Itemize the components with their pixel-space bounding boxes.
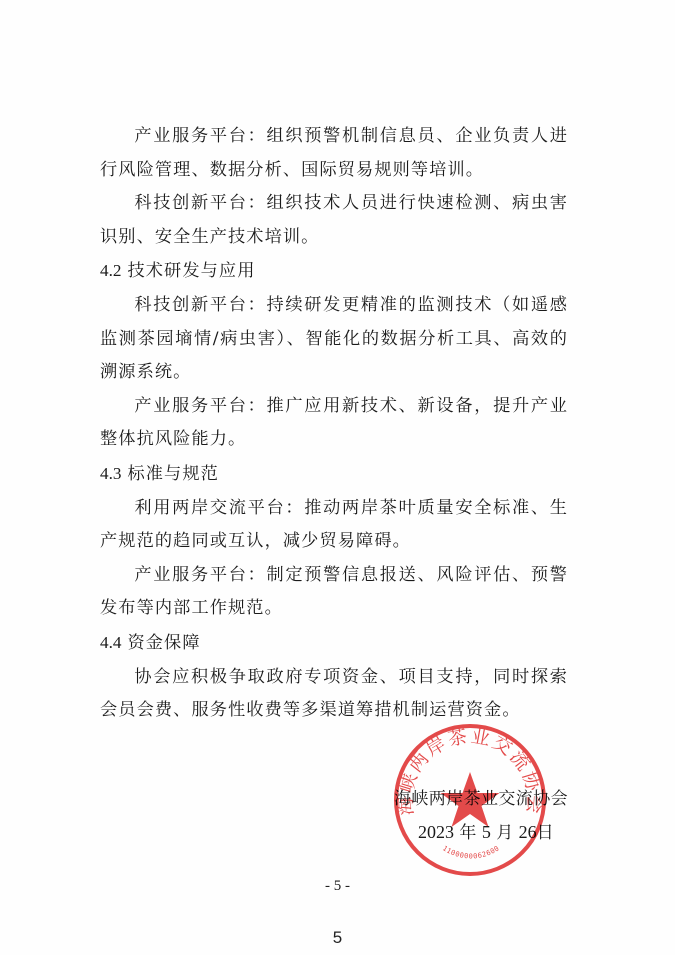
paragraph-industry-promotion: 产业服务平台：推广应用新技术、新设备，提升产业整体抗风险能力。 — [100, 390, 568, 457]
seal-serial-number: 1100000062600 — [441, 844, 501, 860]
section-heading-4-2: 4.2技术研发与应用 — [100, 254, 568, 289]
document-body: 产业服务平台：组织预警机制信息员、企业负责人进行风险管理、数据分析、国际贸易规则… — [100, 120, 568, 728]
section-title: 标准与规范 — [127, 464, 218, 484]
section-number: 4.4 — [100, 633, 121, 652]
paragraph-internal-norms: 产业服务平台：制定预警信息报送、风险评估、预警发布等内部工作规范。 — [100, 559, 568, 626]
document-page: 产业服务平台：组织预警机制信息员、企业负责人进行风险管理、数据分析、国际贸易规则… — [0, 0, 675, 955]
section-title: 资金保障 — [127, 633, 200, 653]
paragraph-funding: 协会应积极争取政府专项资金、项目支持，同时探索会员会费、服务性收费等多渠道筹措机… — [100, 661, 568, 728]
paragraph-tech-research: 科技创新平台：持续研发更精准的监测技术（如遥感监测茶园墒情/病虫害）、智能化的数… — [100, 289, 568, 390]
section-title: 技术研发与应用 — [127, 261, 255, 281]
section-heading-4-4: 4.4资金保障 — [100, 626, 568, 661]
section-number: 4.2 — [100, 261, 121, 280]
page-number-footer: - 5 - — [0, 878, 675, 895]
page-index: 5 — [0, 928, 675, 948]
paragraph-cross-strait-standards: 利用两岸交流平台：推动两岸茶叶质量安全标准、生产规范的趋同或互认，减少贸易障碍。 — [100, 492, 568, 559]
section-number: 4.3 — [100, 464, 121, 483]
section-heading-4-3: 4.3标准与规范 — [100, 457, 568, 492]
paragraph-industry-training: 产业服务平台：组织预警机制信息员、企业负责人进行风险管理、数据分析、国际贸易规则… — [100, 120, 568, 187]
svg-text:1100000062600: 1100000062600 — [441, 844, 501, 860]
official-seal-icon: 海峡两岸茶业交流协会 1100000062600 — [392, 722, 548, 878]
seal-star-icon — [441, 772, 500, 827]
paragraph-tech-training: 科技创新平台：组织技术人员进行快速检测、病虫害识别、安全生产技术培训。 — [100, 187, 568, 254]
